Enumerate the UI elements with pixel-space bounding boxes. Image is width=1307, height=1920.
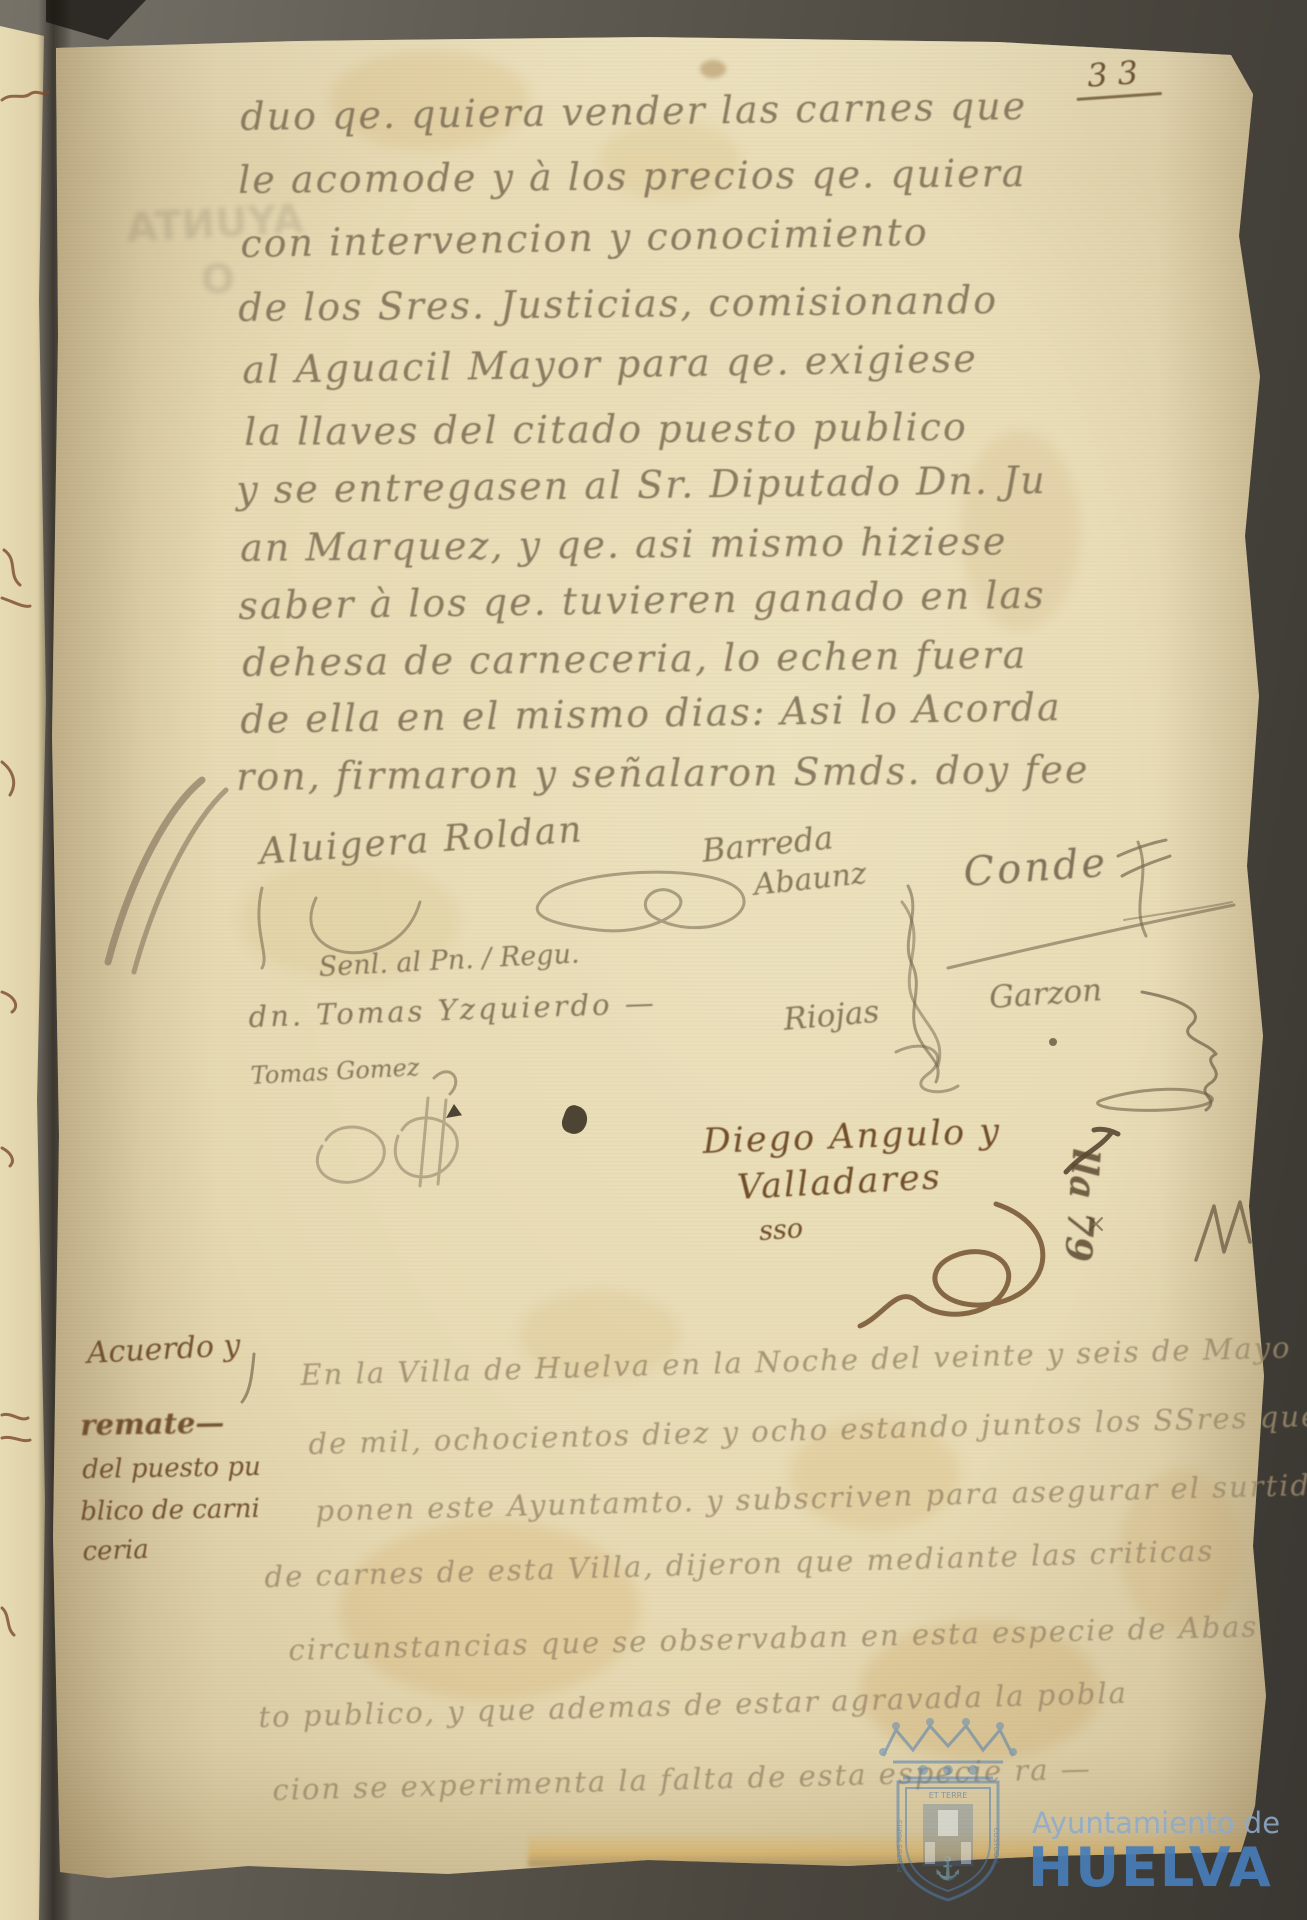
margin-note-line: ceria — [82, 1535, 149, 1567]
previous-page-edge — [0, 0, 50, 1920]
manuscript-line: an Marquez, y qe. asi mismo hiziese — [240, 519, 1008, 570]
manuscript-line: dehesa de carneceria, lo echen fuera — [242, 633, 1028, 685]
margin-note-line: remate— — [80, 1405, 225, 1442]
margin-note-line: del puesto pu — [82, 1452, 261, 1485]
manuscript-line: ron, firmaron y señalaron Smds. doy fee — [236, 748, 1090, 799]
paper-stain — [340, 1520, 640, 1700]
manuscript-line: de los Sres. Justicias, comisionando — [238, 278, 998, 330]
manuscript-line: le acomode y à los precios qe. quiera — [238, 151, 1027, 202]
paper-edge-highlight — [528, 1831, 1248, 1867]
paper-stain — [700, 60, 726, 78]
archive-scan: AYUNTA O — [0, 0, 1307, 1920]
manuscript-line: la llaves del citado puesto publico — [244, 405, 968, 454]
margin-note-line: blico de carni — [80, 1494, 260, 1527]
folio-margin-mark: lla 79 — [1056, 1147, 1106, 1263]
signature-angulo-3: sso — [758, 1213, 804, 1247]
backdrop-gap — [46, 0, 146, 40]
page-number: 33 — [1074, 52, 1162, 101]
